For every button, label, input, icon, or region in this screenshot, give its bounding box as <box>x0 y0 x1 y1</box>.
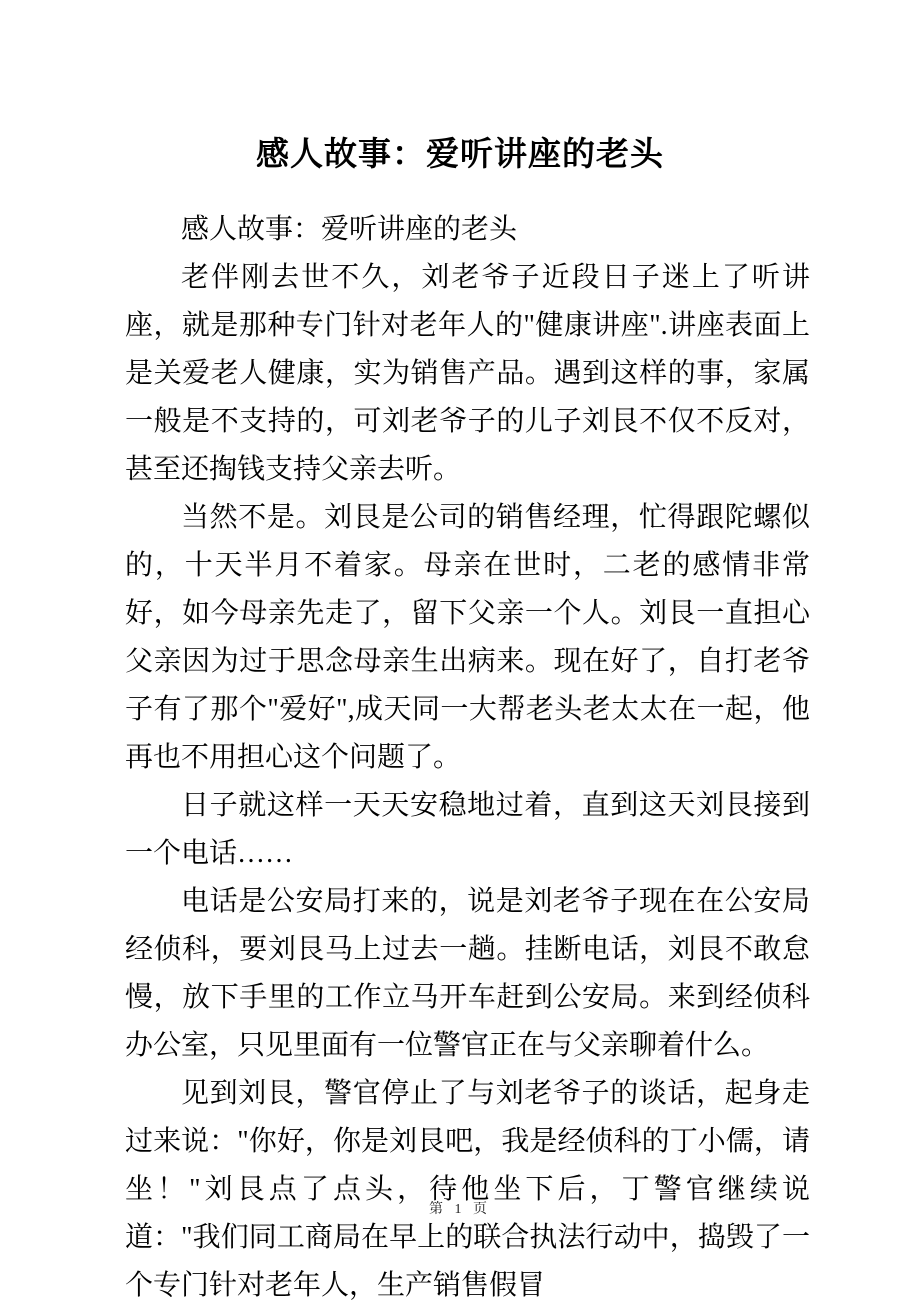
paragraph: 电话是公安局打来的，说是刘老爷子现在在公安局经侦科，要刘艮马上过去一趟。挂断电话… <box>125 878 810 1070</box>
paragraph: 见到刘艮，警官停止了与刘老爷子的谈话，起身走过来说："你好，你是刘艮吧，我是经侦… <box>125 1070 810 1302</box>
paragraph: 感人故事：爱听讲座的老头 <box>125 206 810 254</box>
paragraph: 日子就这样一天天安稳地过着，直到这天刘艮接到一个电话…… <box>125 782 810 878</box>
document-body: 感人故事：爱听讲座的老头老伴刚去世不久，刘老爷子近段日子迷上了听讲座，就是那种专… <box>0 174 920 1302</box>
document-title: 感人故事：爱听讲座的老头 <box>0 0 920 174</box>
document-page: 感人故事：爱听讲座的老头 感人故事：爱听讲座的老头老伴刚去世不久，刘老爷子近段日… <box>0 0 920 1302</box>
page-number: 第 1 页 <box>0 1198 920 1218</box>
paragraph: 老伴刚去世不久，刘老爷子近段日子迷上了听讲座，就是那种专门针对老年人的"健康讲座… <box>125 254 810 494</box>
paragraph: 当然不是。刘艮是公司的销售经理，忙得跟陀螺似的，十天半月不着家。母亲在世时，二老… <box>125 494 810 782</box>
